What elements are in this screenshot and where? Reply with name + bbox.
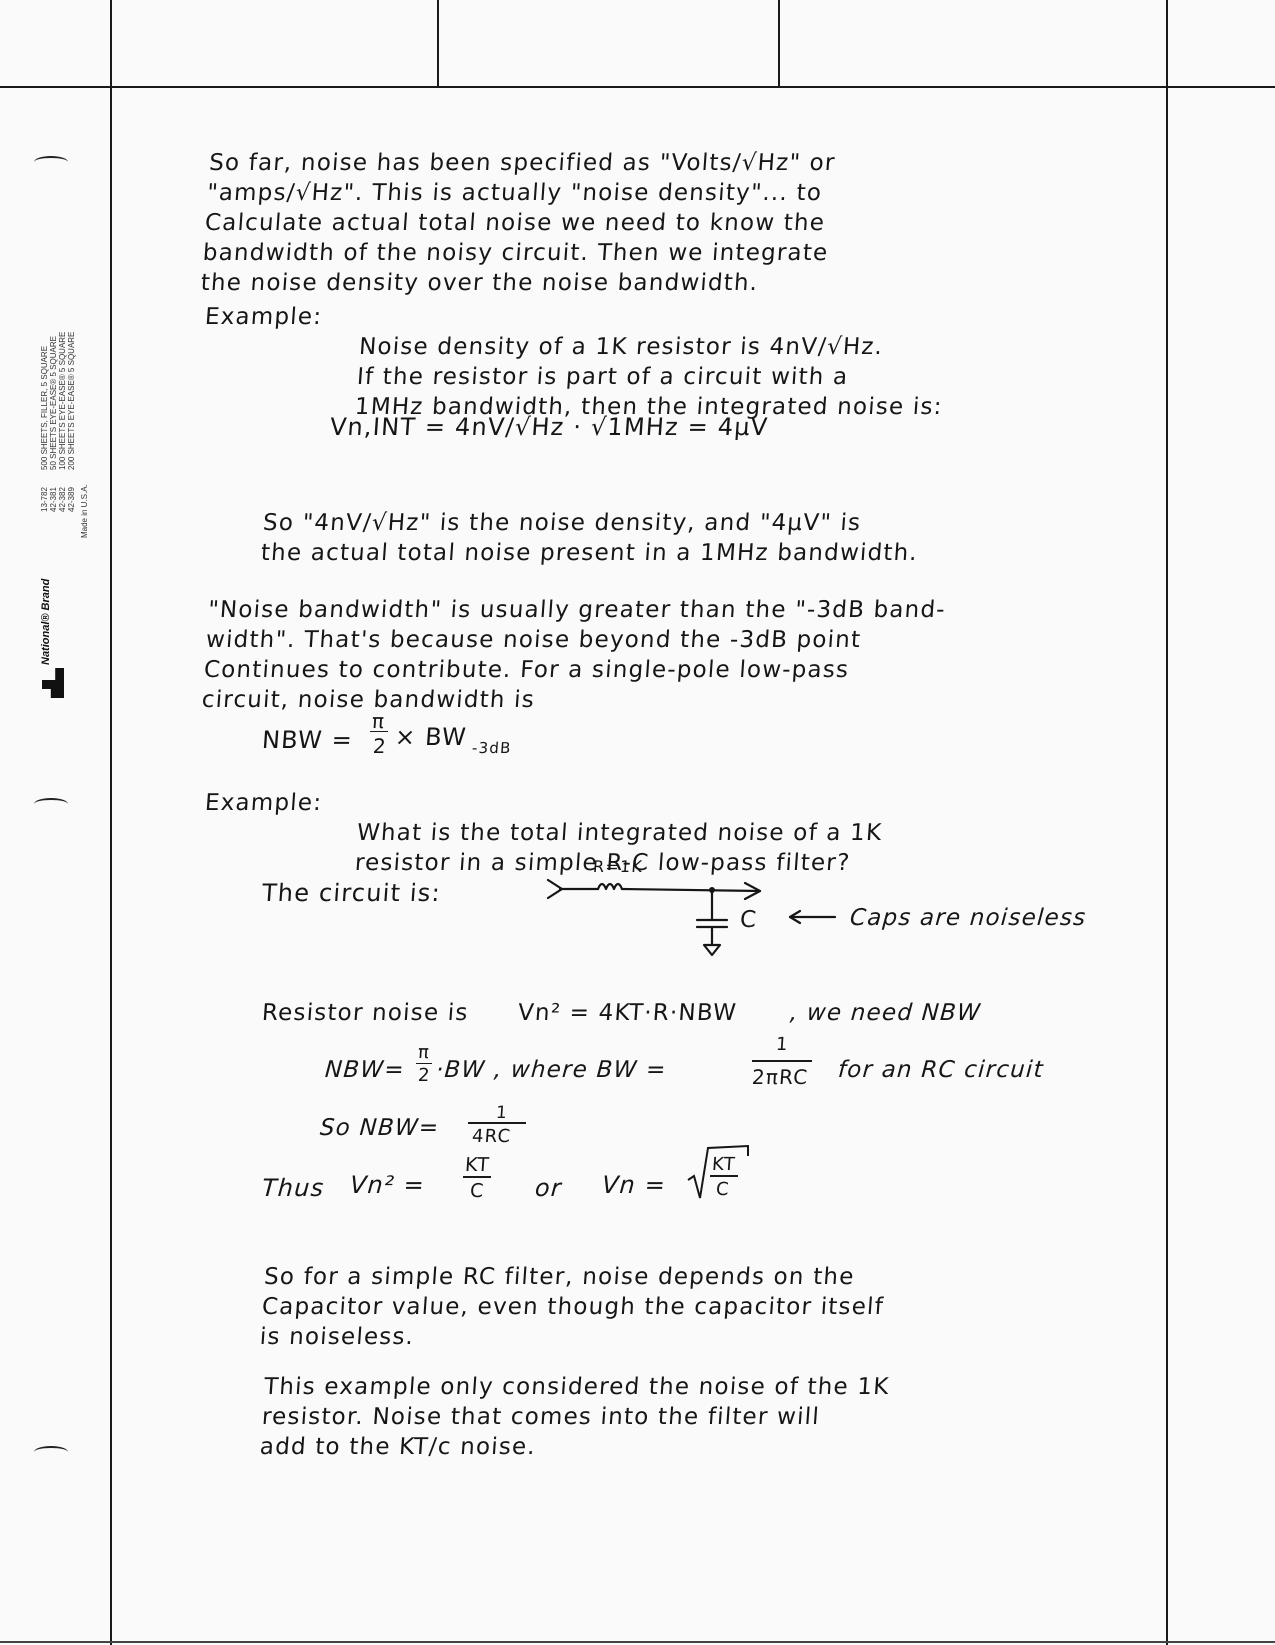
- sqrt-kt-den: C: [715, 1175, 731, 1205]
- closing-paragraph: This example only considered the noise o…: [257, 1342, 893, 1492]
